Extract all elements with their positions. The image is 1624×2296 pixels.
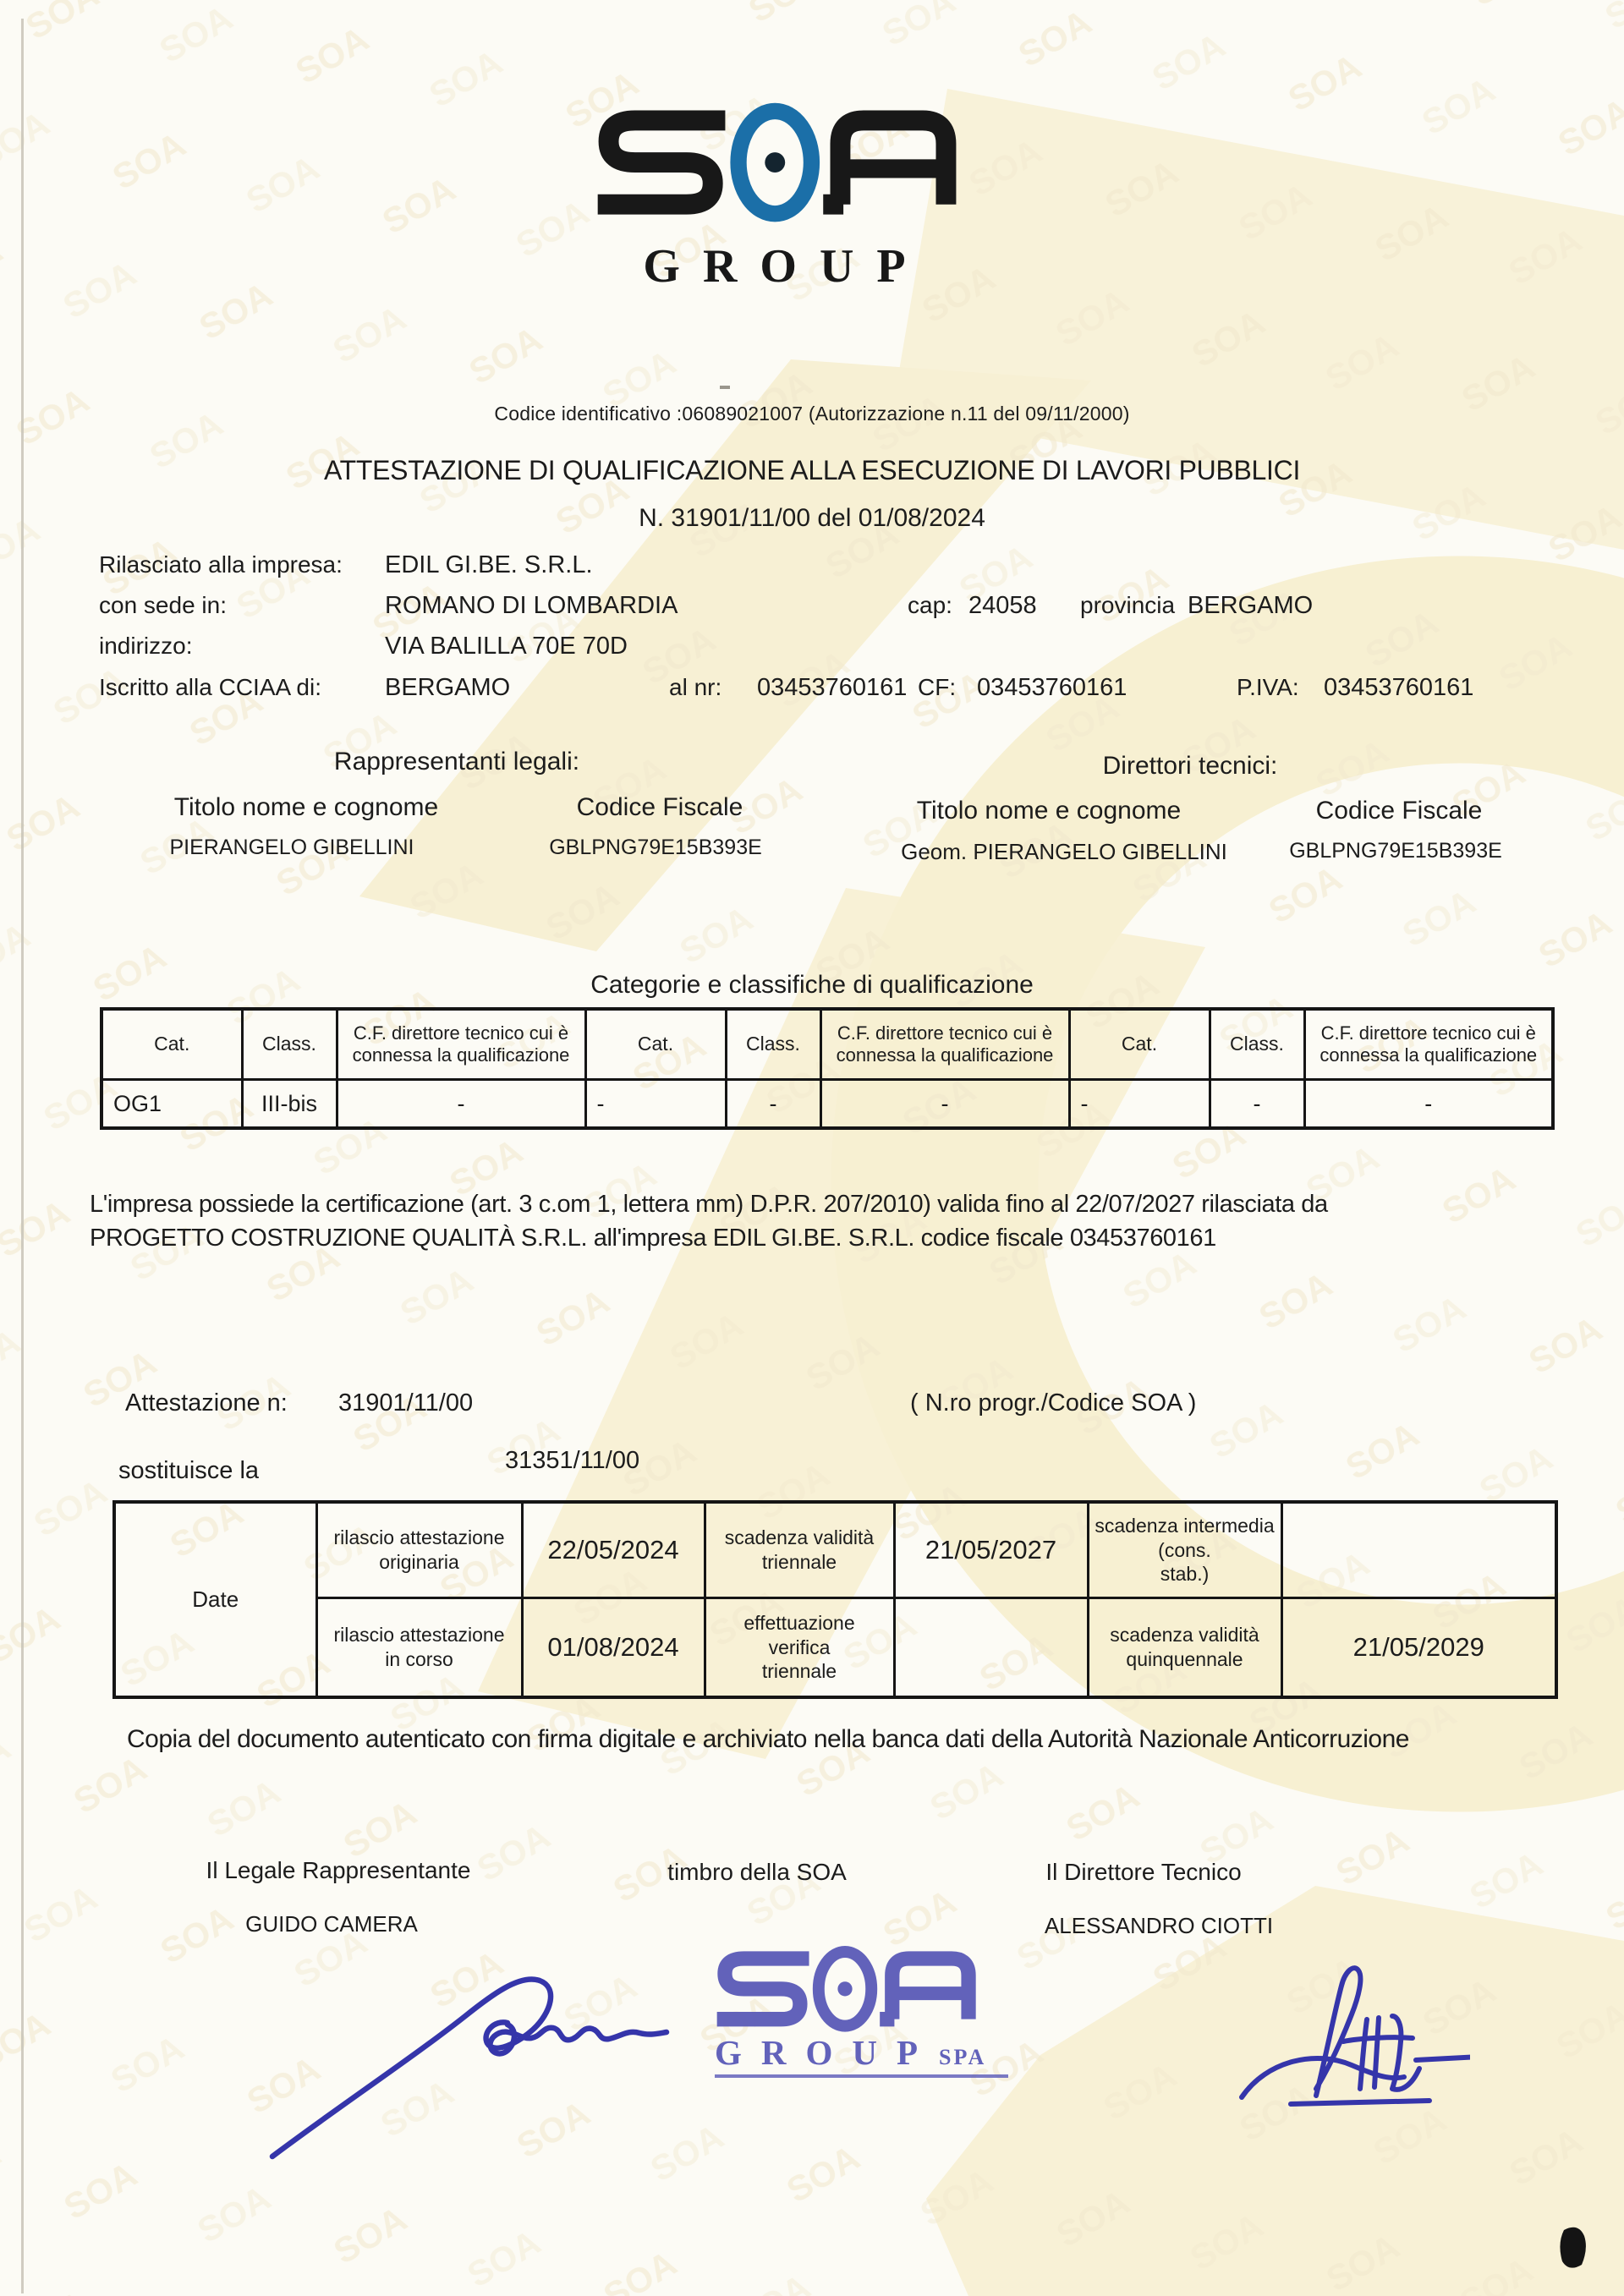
piva-label: P.IVA: — [1237, 674, 1299, 701]
issued-value: EDIL GI.BE. S.R.L. — [385, 551, 593, 579]
cell-cf: - — [1304, 1080, 1553, 1129]
tech-director-sign-title: Il Direttore Tecnico — [957, 1859, 1330, 1886]
company-row-cciaa: Iscritto alla CCIAA di: BERGAMO al nr: 0… — [0, 674, 1624, 710]
quinquennial-validity-label: scadenza validità quinquennale — [1088, 1598, 1281, 1698]
release-current-date: 01/08/2024 — [522, 1598, 705, 1698]
attestation-row: Attestazione n: 31901/11/00 ( N.ro progr… — [0, 1389, 1624, 1425]
tech-director-sign-name: ALESSANDRO CIOTTI — [973, 1913, 1345, 1939]
company-row-address: indirizzo: VIA BALILLA 70E 70D — [0, 633, 1624, 668]
cap-value: 24058 — [968, 592, 1037, 620]
replaces-number: 31351/11/00 — [505, 1447, 639, 1475]
replaces-row: sostituisce la 31351/11/00 — [0, 1447, 1624, 1482]
stamp-title: timbro della SOA — [571, 1859, 943, 1886]
cell-class: III-bis — [242, 1080, 337, 1129]
legal-reps-col-name: Titolo nome e cognome — [120, 793, 492, 822]
dates-row-1: Date rilascio attestazione originaria 22… — [114, 1502, 1556, 1598]
release-original-label: rilascio attestazione originaria — [316, 1502, 522, 1598]
document-number-line: N. 31901/11/00 del 01/08/2024 — [0, 504, 1624, 533]
col-header-cat: Cat. — [585, 1009, 726, 1080]
province-value: BERGAMO — [1188, 592, 1313, 620]
stamp-underline — [715, 2074, 1008, 2078]
address-value: VIA BALILLA 70E 70D — [385, 633, 628, 660]
quinquennial-validity-date: 21/05/2029 — [1281, 1598, 1556, 1698]
cell-category: OG1 — [101, 1080, 242, 1129]
col-header-cat: Cat. — [101, 1009, 242, 1080]
soa-stamp-icon — [715, 1945, 979, 2034]
company-row-seat: con sede in: ROMANO DI LOMBARDIA cap: 24… — [0, 592, 1624, 627]
soa-group-logo — [595, 101, 960, 225]
col-header-cf: C.F. direttore tecnico cui è connessa la… — [337, 1009, 585, 1080]
tech-director-name: Geom. PIERANGELO GIBELLINI — [878, 839, 1250, 865]
triennial-validity-label: scadenza validità triennale — [705, 1502, 894, 1598]
tech-directors-col-cf: Codice Fiscale — [1213, 797, 1585, 825]
certification-text-line1: L'impresa possiede la certificazione (ar… — [90, 1191, 1544, 1219]
logo-group-text: GROUP — [554, 239, 1006, 293]
footer-note: Copia del documento autenticato con firm… — [127, 1725, 1409, 1754]
categories-table: Cat. Class. C.F. direttore tecnico cui è… — [100, 1007, 1555, 1130]
replaces-label: sostituisce la — [118, 1457, 259, 1485]
col-header-cf: C.F. direttore tecnico cui è connessa la… — [1304, 1009, 1553, 1080]
legal-reps-col-cf: Codice Fiscale — [474, 793, 846, 822]
stamp-spa-label: SPA — [939, 2045, 986, 2069]
logo-o-dot — [765, 152, 785, 173]
col-header-class: Class. — [1210, 1009, 1304, 1080]
tech-directors-title: Direttori tecnici: — [1004, 752, 1376, 781]
logo-letter-s — [598, 120, 726, 204]
stamp-o-dot — [837, 1981, 852, 1996]
alnr-label: al nr: — [669, 674, 721, 701]
document-page: SOA SOA GROUP C — [0, 0, 1624, 2296]
col-header-cf: C.F. direttore tecnico cui è connessa la… — [820, 1009, 1069, 1080]
document-title: ATTESTAZIONE DI QUALIFICAZIONE ALLA ESEC… — [0, 455, 1624, 486]
dates-table: Date rilascio attestazione originaria 22… — [112, 1500, 1558, 1699]
cciaa-label: Iscritto alla CCIAA di: — [99, 674, 321, 701]
cap-label: cap: — [908, 592, 952, 619]
attestation-number: 31901/11/00 — [338, 1389, 473, 1417]
release-original-date: 22/05/2024 — [522, 1502, 705, 1598]
intermediate-expiry-label: scadenza intermedia (cons. stab.) — [1088, 1502, 1281, 1598]
piva-value: 03453760161 — [1324, 674, 1473, 702]
certification-text-line2: PROGETTO COSTRUZIONE QUALITÀ S.R.L. all'… — [90, 1225, 1544, 1252]
cciaa-value: BERGAMO — [385, 674, 510, 702]
stamp-group-label: GROUP — [715, 2033, 937, 2072]
triennial-verify-label: effettuazione verifica triennale — [705, 1598, 894, 1698]
legal-reps-title: Rappresentanti legali: — [271, 748, 643, 776]
categories-header-row: Cat. Class. C.F. direttore tecnico cui è… — [101, 1009, 1553, 1080]
cell-cf: - — [337, 1080, 585, 1129]
dates-row-header: Date — [114, 1502, 316, 1697]
seat-label: con sede in: — [99, 592, 227, 619]
tech-director-cf: GBLPNG79E15B393E — [1210, 839, 1582, 863]
address-label: indirizzo: — [99, 633, 192, 660]
cell-cf: - — [820, 1080, 1069, 1129]
stamp-group-text: GROUPSPA — [715, 2032, 1053, 2073]
alnr-value: 03453760161 — [757, 674, 907, 702]
legal-rep-sign-name: GUIDO CAMERA — [145, 1911, 518, 1937]
stamp-letter-s — [717, 1959, 809, 2019]
categories-data-row: OG1 III-bis - - - - - - - — [101, 1080, 1553, 1129]
legal-rep-sign-title: Il Legale Rappresentante — [152, 1857, 524, 1884]
tech-signature-ink — [1216, 1960, 1470, 2121]
dates-row-2: rilascio attestazione in corso 01/08/202… — [114, 1598, 1556, 1698]
soa-logo-icon — [595, 101, 960, 225]
col-header-class: Class. — [242, 1009, 337, 1080]
legal-rep-name: PIERANGELO GIBELLINI — [106, 836, 478, 860]
legal-signature-ink — [222, 1955, 678, 2167]
company-row-issued: Rilasciato alla impresa: EDIL GI.BE. S.R… — [0, 551, 1624, 587]
intermediate-expiry-date — [1281, 1502, 1556, 1598]
col-header-class: Class. — [726, 1009, 820, 1080]
province-label: provincia — [1080, 592, 1175, 619]
release-current-label: rilascio attestazione in corso — [316, 1598, 522, 1698]
legal-rep-cf: GBLPNG79E15B393E — [469, 836, 842, 860]
cell-category: - — [585, 1080, 726, 1129]
cell-category: - — [1069, 1080, 1210, 1129]
code-identification-line: Codice identificativo :06089021007 (Auto… — [0, 403, 1624, 425]
col-header-cat: Cat. — [1069, 1009, 1210, 1080]
cf-value: 03453760161 — [977, 674, 1127, 702]
triennial-verify-date — [894, 1598, 1088, 1698]
cf-label: CF: — [918, 674, 956, 701]
triennial-validity-date: 21/05/2027 — [894, 1502, 1088, 1598]
tech-directors-col-name: Titolo nome e cognome — [863, 797, 1235, 825]
attestation-label: Attestazione n: — [125, 1389, 288, 1417]
seat-value: ROMANO DI LOMBARDIA — [385, 592, 678, 620]
issued-label: Rilasciato alla impresa: — [99, 551, 343, 578]
categories-title: Categorie e classifiche di qualificazion… — [0, 971, 1624, 1000]
attestation-code-note: ( N.ro progr./Codice SOA ) — [910, 1389, 1196, 1417]
cell-class: - — [1210, 1080, 1304, 1129]
cell-class: - — [726, 1080, 820, 1129]
